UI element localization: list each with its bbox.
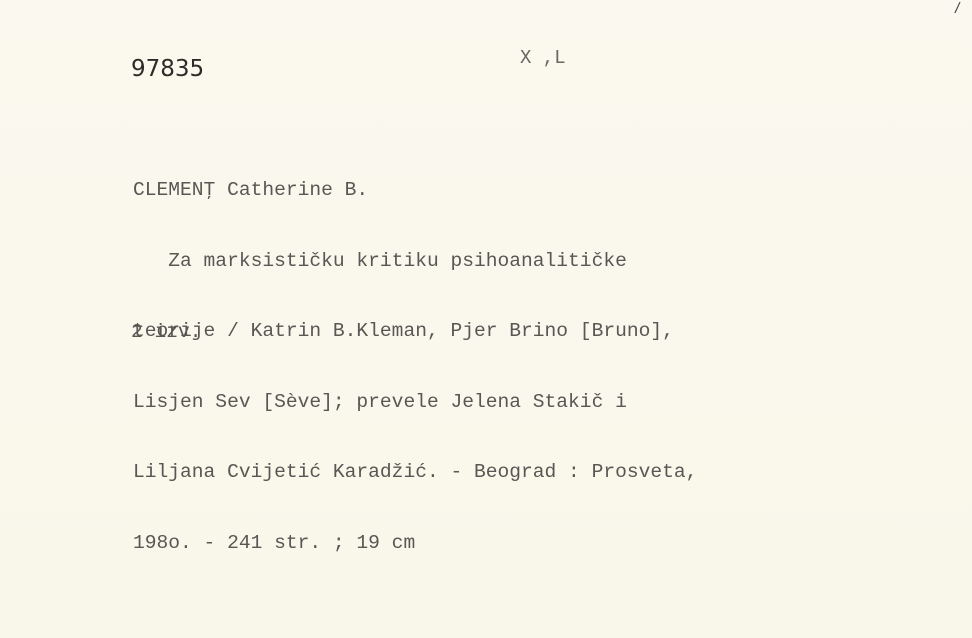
bibliographic-entry: CLEMENŢ Catherine B. Za marksističku kri… (133, 132, 697, 602)
shelf-mark: X ,L (520, 47, 566, 69)
catalog-card: 97835 X ,L / CLEMENŢ Catherine B. Za mar… (0, 0, 972, 638)
responsibility-line: teorije / Katrin B.Kleman, Pjer Brino [B… (133, 320, 697, 344)
holdings-note: 2 izv. (131, 321, 202, 345)
publication-line: Liljana Cvijetić Karadžić. - Beograd : P… (133, 461, 697, 485)
accession-number: 97835 (131, 56, 204, 82)
physical-description-line: 198o. - 241 str. ; 19 cm (133, 532, 697, 556)
translators-line: Lisjen Sev [Sève]; prevele Jelena Stakič… (133, 391, 697, 415)
check-mark-icon: / (954, 0, 961, 16)
title-line: Za marksističku kritiku psihoanalitičke (133, 250, 697, 274)
author-heading: CLEMENŢ Catherine B. (133, 179, 697, 203)
